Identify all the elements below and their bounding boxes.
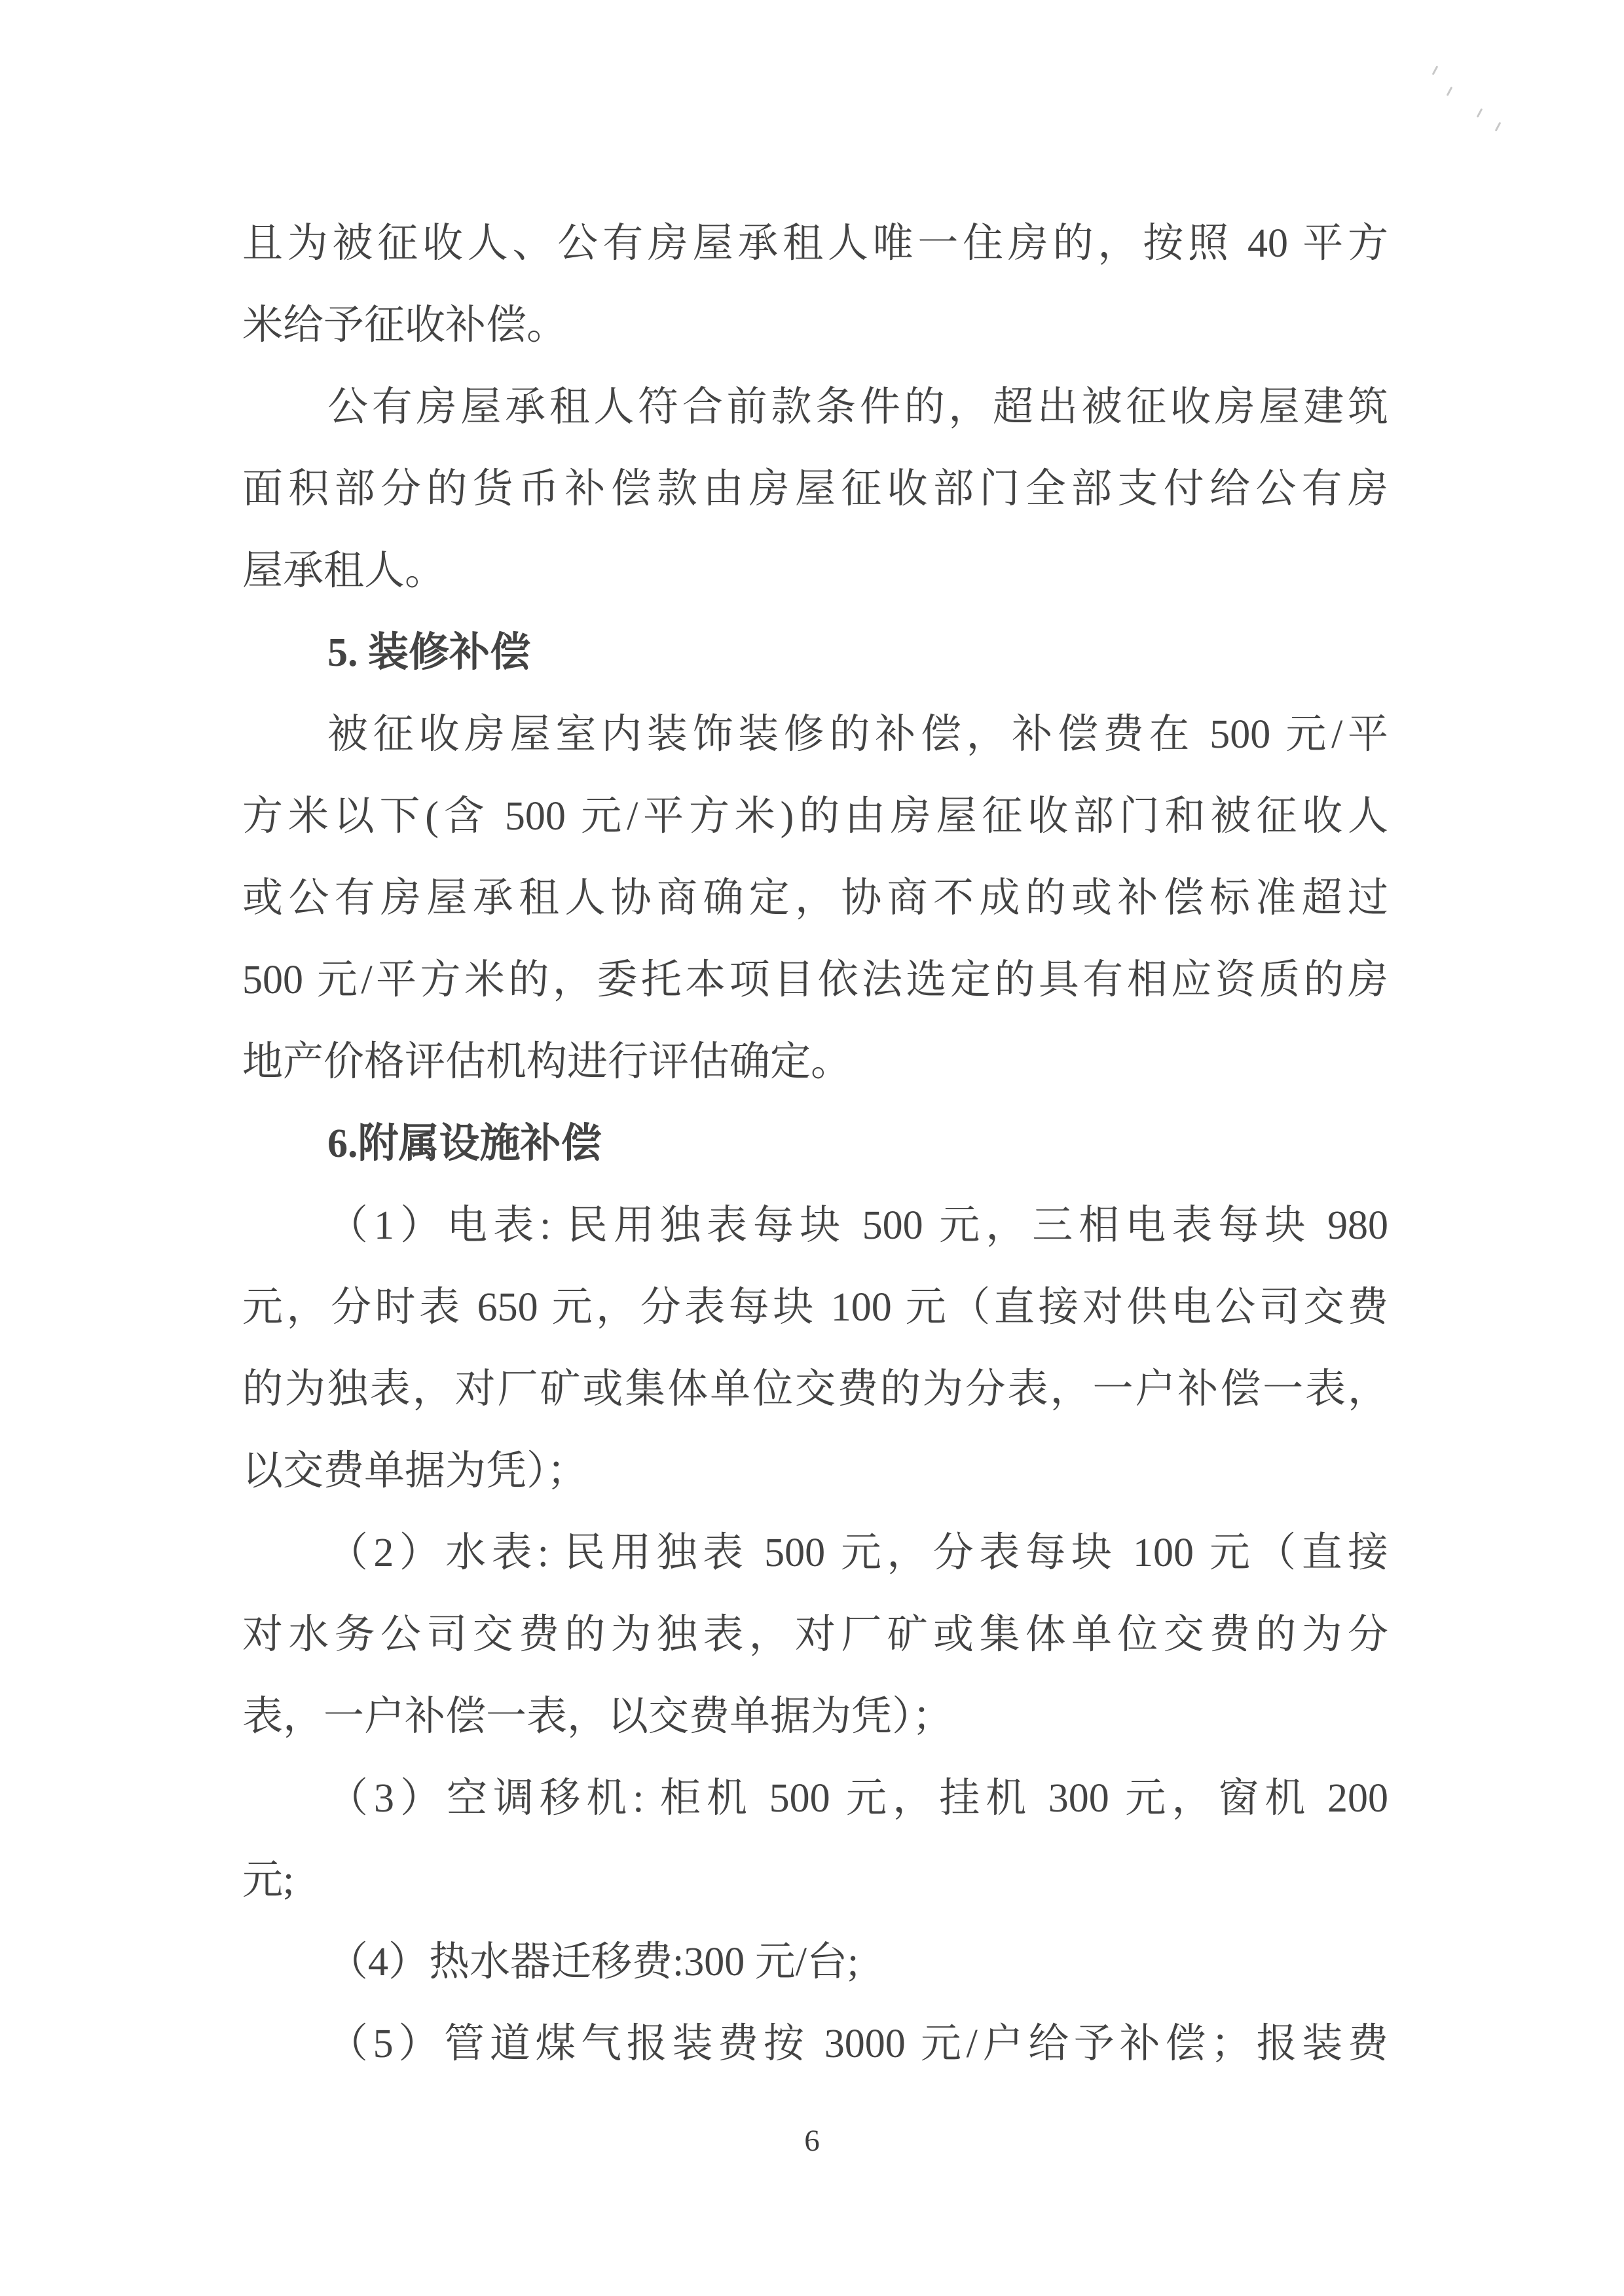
text-line: （5）管道煤气报装费按 3000 元/户给予补偿；报装费 (242, 2003, 1388, 2085)
text-line: 或公有房屋承租人协商确定，协商不成的或补偿标准超过 (242, 858, 1388, 939)
text-line: 被征收房屋室内装饰装修的补偿，补偿费在 500 元/平 (242, 694, 1388, 776)
text-line: 屋承租人。 (242, 530, 1388, 612)
page-number: 6 (0, 2121, 1624, 2160)
text-line: 米给予征收补偿。 (242, 285, 1388, 367)
text-line: 500 元/平方米的，委托本项目依法选定的具有相应资质的房 (242, 939, 1388, 1021)
scan-artifact (1495, 122, 1502, 132)
text-line: 方米以下(含 500 元/平方米)的由房屋征收部门和被征收人 (242, 776, 1388, 858)
text-line: 地产价格评估机构进行评估确定。 (242, 1021, 1388, 1103)
document-body: 且为被征收人、公有房屋承租人唯一住房的，按照 40 平方米给予征收补偿。公有房屋… (242, 203, 1388, 2085)
heading-line: 6.附属设施补偿 (242, 1103, 1388, 1185)
text-line: 对水务公司交费的为独表，对厂矿或集体单位交费的为分 (242, 1594, 1388, 1676)
text-line: （2）水表: 民用独表 500 元，分表每块 100 元（直接 (242, 1512, 1388, 1594)
text-line: （4）热水器迁移费:300 元/台; (242, 1922, 1388, 2003)
scan-artifact (1432, 65, 1439, 75)
text-line: 且为被征收人、公有房屋承租人唯一住房的，按照 40 平方 (242, 203, 1388, 285)
scan-artifact (1477, 108, 1483, 118)
text-line: 面积部分的货币补偿款由房屋征收部门全部支付给公有房 (242, 448, 1388, 530)
heading-line: 5. 装修补偿 (242, 612, 1388, 694)
text-line: （1）电表: 民用独表每块 500 元，三相电表每块 980 (242, 1185, 1388, 1267)
text-line: （3）空调移机: 柜机 500 元，挂机 300 元，窗机 200 (242, 1758, 1388, 1840)
text-line: 的为独表，对厂矿或集体单位交费的为分表，一户补偿一表， (242, 1349, 1388, 1430)
text-line: 以交费单据为凭）； (242, 1430, 1388, 1512)
text-line: 元; (242, 1840, 1388, 1922)
scanned-document-page: 且为被征收人、公有房屋承租人唯一住房的，按照 40 平方米给予征收补偿。公有房屋… (0, 0, 1624, 2296)
text-line: 元，分时表 650 元，分表每块 100 元（直接对供电公司交费 (242, 1267, 1388, 1349)
text-line: 表，一户补偿一表，以交费单据为凭）； (242, 1676, 1388, 1758)
scan-artifact (1447, 86, 1453, 96)
text-line: 公有房屋承租人符合前款条件的，超出被征收房屋建筑 (242, 367, 1388, 448)
